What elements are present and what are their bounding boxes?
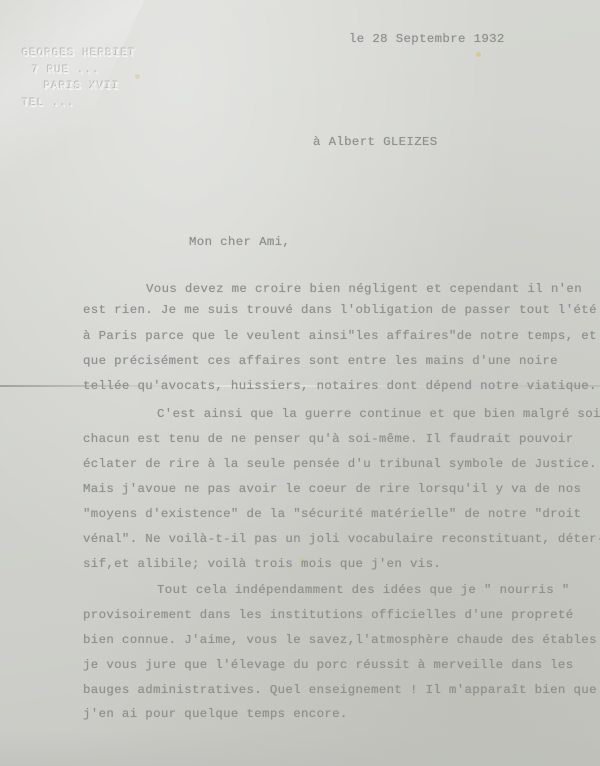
body-line: C'est ainsi que la guerre continue et qu… — [157, 407, 600, 421]
body-line: j'en ai pour quelque temps encore. — [83, 707, 348, 721]
letter-recipient: à Albert GLEIZES — [313, 135, 438, 149]
body-line: bauges administratives. Quel enseignemen… — [83, 683, 597, 697]
letterhead-city: PARIS XVII — [44, 81, 120, 93]
paper-stain — [476, 52, 481, 57]
body-line: que précisément ces affaires sont entre … — [83, 354, 558, 368]
letterhead-phone: TEL ... — [22, 98, 75, 110]
body-line: provisoirement dans les institutions off… — [83, 608, 574, 622]
paper-bottom-edge — [0, 730, 600, 766]
letterhead-street: 7 RUE ... — [32, 65, 100, 77]
body-line: "moyens d'existence" de la "sécurité mat… — [83, 507, 581, 521]
body-line: Tout cela indépendamment des idées que j… — [157, 583, 570, 597]
body-line: Vous devez me croire bien négligent et c… — [146, 282, 582, 296]
letter-salutation: Mon cher Ami, — [189, 235, 290, 249]
paper-stain — [135, 74, 140, 79]
body-line: sif,et alibile; voilà trois mois que j'e… — [83, 557, 441, 571]
body-line: est rien. Je me suis trouvé dans l'oblig… — [83, 303, 597, 317]
body-line: tellée qu'avocats, huissiers, notaires d… — [83, 379, 597, 393]
body-line: éclater de rire à la seule pensée d'u tr… — [83, 457, 597, 471]
body-line: bien connue. J'aime, vous le savez,l'atm… — [83, 633, 597, 647]
letterhead-name: GEORGES HERBIET — [22, 48, 136, 60]
body-line: je vous jure que l'élevage du porc réuss… — [83, 658, 574, 672]
letter-date: le 28 Septembre 1932 — [349, 32, 505, 46]
body-line: chacun est tenu de ne penser qu'à soi-mê… — [83, 432, 574, 446]
body-line: Mais j'avoue ne pas avoir le coeur de ri… — [83, 482, 581, 496]
body-line: à Paris parce que le veulent ainsi"les a… — [83, 329, 597, 343]
body-line: vénal". Ne voilà-t-il pas un joli vocabu… — [83, 532, 600, 546]
letter-page: GEORGES HERBIET 7 RUE ... PARIS XVII TEL… — [0, 0, 600, 766]
